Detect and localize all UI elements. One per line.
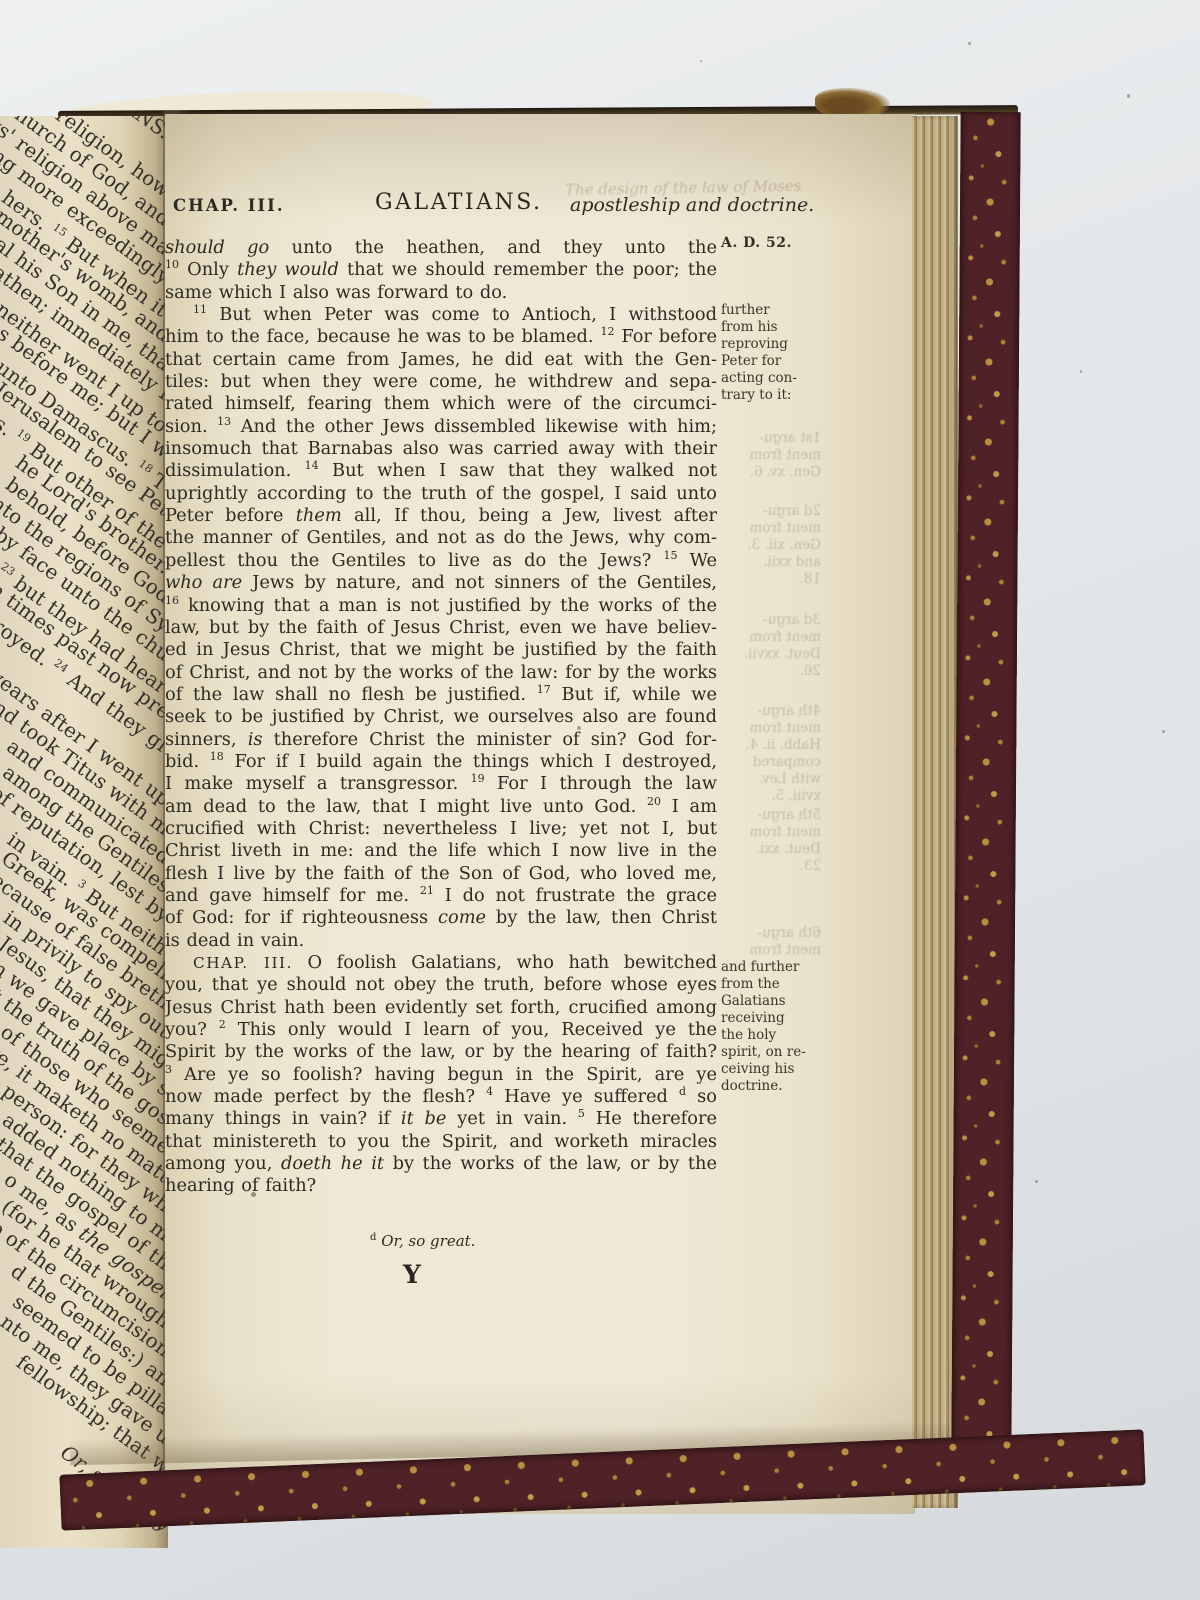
scripture-text-line: I make myself a transgressor. 19 For I t… bbox=[165, 773, 717, 795]
ghost-note-line: 26. bbox=[721, 663, 821, 680]
bleed-through-note: 6th argu-ment from bbox=[721, 925, 821, 959]
signature-mark: Y bbox=[403, 1260, 421, 1289]
scripture-text-line: Spirit by the works of the law, or by th… bbox=[165, 1041, 717, 1063]
dust-speck bbox=[1035, 1180, 1038, 1183]
bleed-through-note: 2d argu-ment fromGen. xii. 3.and xxii.18… bbox=[721, 503, 821, 588]
scripture-text-line: same which I also was forward to do. bbox=[165, 282, 717, 304]
scripture-text-line: among you, doeth he it by the works of t… bbox=[165, 1153, 717, 1175]
scripture-text-line: 3 Are ye so foolish? having begun in the… bbox=[165, 1064, 717, 1086]
margin-note: and furtherfrom theGalatiansreceivingthe… bbox=[721, 959, 821, 1095]
dust-speck bbox=[1080, 370, 1082, 373]
ghost-note-line: Deut. xxvii. bbox=[721, 646, 821, 663]
gilt-leather-board-edge bbox=[951, 112, 1020, 1457]
scripture-text-line: rated himself, fearing them which were o… bbox=[165, 393, 717, 415]
scripture-text-line: you? 2 This only would I learn of you, R… bbox=[165, 1019, 717, 1041]
scripture-text-line: who are Jews by nature, and not sinners … bbox=[165, 572, 717, 594]
ghost-note-line: Gen. xv. 6. bbox=[721, 464, 821, 481]
scripture-text-line: that certain came from James, he did eat… bbox=[165, 349, 717, 371]
margin-note-line: and further bbox=[721, 959, 821, 976]
date-note: A. D. 52. bbox=[721, 235, 821, 251]
scripture-text-line: of Christ, and not by the works of the l… bbox=[165, 662, 717, 684]
ghost-note-line: 18. bbox=[721, 571, 821, 588]
ghost-note-line: Deut. xxi. bbox=[721, 841, 821, 858]
margin-note-line: the holy bbox=[721, 1027, 821, 1044]
ghost-note-line: ment from bbox=[721, 720, 821, 737]
bleed-through-note: 1st argu-ment fromGen. xv. 6. bbox=[721, 430, 821, 481]
scripture-text-line: should go unto the heathen, and they unt… bbox=[165, 237, 717, 259]
margin-note-line: further bbox=[721, 302, 821, 319]
scripture-text-line: Christ liveth in me: and the life which … bbox=[165, 840, 717, 862]
scripture-text-line: now made perfect by the flesh? 4 Have ye… bbox=[165, 1086, 717, 1108]
fore-edge-page-stack bbox=[912, 116, 958, 1508]
ghost-note-line: Gen. xii. 3. bbox=[721, 537, 821, 554]
ghost-note-line: ment from bbox=[721, 520, 821, 537]
page-speck bbox=[251, 1192, 256, 1197]
scripture-text-line: am dead to the law, that I might live un… bbox=[165, 796, 717, 818]
ghost-note-line: ment from bbox=[721, 629, 821, 646]
scripture-text-column: should go unto the heathen, and they unt… bbox=[165, 237, 717, 1198]
scripture-text-line: seek to be justified by Christ, we ourse… bbox=[165, 706, 717, 728]
ghost-note-line: 23. bbox=[721, 858, 821, 875]
photo-of-open-antique-book: ALATIANS.the Jews' religion, howthe chur… bbox=[0, 0, 1200, 1600]
ghost-note-line: 5th argu- bbox=[721, 807, 821, 824]
ghost-note-line: 3d argu- bbox=[721, 612, 821, 629]
margin-note-line: Peter for bbox=[721, 353, 821, 370]
dust-speck bbox=[1127, 94, 1130, 98]
right-page: The design of the law of Moses CHAP. III… bbox=[165, 114, 915, 1514]
margin-note-line: receiving bbox=[721, 1010, 821, 1027]
running-head-summary: apostleship and doctrine. bbox=[570, 194, 814, 216]
scripture-text-line: many things in vain? if it be yet in vai… bbox=[165, 1108, 717, 1130]
ghost-note-line: compared bbox=[721, 754, 821, 771]
bleed-through-note: 3d argu-ment fromDeut. xxvii.26. bbox=[721, 612, 821, 680]
scripture-text-line: and gave himself for me. 21 I do not fru… bbox=[165, 885, 717, 907]
scripture-text-line: you, that ye should not obey the truth, … bbox=[165, 974, 717, 996]
margin-notes-column: A. D. 52. furtherfrom hisreprovingPeter … bbox=[721, 237, 821, 1317]
margin-note: furtherfrom hisreprovingPeter foracting … bbox=[721, 302, 821, 404]
scripture-text-line: pellest thou the Gentiles to live as do … bbox=[165, 550, 717, 572]
scripture-text-line: sinners, is therefore Christ the ministe… bbox=[165, 729, 717, 751]
ghost-note-line: ment from bbox=[721, 824, 821, 841]
margin-note-line: doctrine. bbox=[721, 1078, 821, 1095]
scripture-text-line: tiles: but when they were come, he withd… bbox=[165, 371, 717, 393]
scripture-text-line: 10 Only they would that we should rememb… bbox=[165, 259, 717, 281]
footnote: d Or, so great. bbox=[370, 1232, 475, 1250]
running-head-title: GALATIANS. bbox=[375, 190, 543, 215]
scripture-text-line: crucified with Christ: nevertheless I li… bbox=[165, 818, 717, 840]
margin-note-line: from the bbox=[721, 976, 821, 993]
ghost-note-line: 1st argu- bbox=[721, 430, 821, 447]
open-book: ALATIANS.the Jews' religion, howthe chur… bbox=[0, 110, 1018, 1510]
scripture-text-line: of the law shall no flesh be justified. … bbox=[165, 684, 717, 706]
ghost-note-line: and xxii. bbox=[721, 554, 821, 571]
margin-note-line: from his bbox=[721, 319, 821, 336]
left-page-text: ALATIANS.the Jews' religion, howthe chur… bbox=[0, 120, 168, 1541]
scripture-text-line: Peter before them all, If thou, being a … bbox=[165, 505, 717, 527]
bleed-through-note: 5th argu-ment fromDeut. xxi.23. bbox=[721, 807, 821, 875]
margin-note-line: acting con- bbox=[721, 370, 821, 387]
scripture-text-line: of God: for if righteousness come by the… bbox=[165, 907, 717, 929]
ghost-note-line: 6th argu- bbox=[721, 925, 821, 942]
dust-speck bbox=[1162, 730, 1165, 733]
scripture-text-line: dissimulation. 14 But when I saw that th… bbox=[165, 460, 717, 482]
scripture-text-line: sion. 13 And the other Jews dissembled l… bbox=[165, 416, 717, 438]
scripture-text-line: ed in Jesus Christ, that we might be jus… bbox=[165, 639, 717, 661]
scripture-text-line: law, but by the faith of Jesus Christ, e… bbox=[165, 617, 717, 639]
scripture-text-line: bid. 18 For if I build again the things … bbox=[165, 751, 717, 773]
dust-speck bbox=[700, 60, 702, 62]
ghost-note-line: xviii. 5. bbox=[721, 788, 821, 805]
scripture-text-line: Jesus Christ hath been evidently set for… bbox=[165, 997, 717, 1019]
scripture-text-line: the manner of Gentiles, and not as do th… bbox=[165, 527, 717, 549]
scripture-text-line: insomuch that Barnabas also was carried … bbox=[165, 438, 717, 460]
ghost-note-line: ment from bbox=[721, 942, 821, 959]
scripture-text-line: CHAP. III. O foolish Galatians, who hath… bbox=[165, 952, 717, 974]
margin-note-line: trary to it: bbox=[721, 387, 821, 404]
ghost-note-line: 4th argu- bbox=[721, 703, 821, 720]
margin-note-line: reproving bbox=[721, 336, 821, 353]
ghost-note-line: Habb. ii. 4. bbox=[721, 737, 821, 754]
chapter-heading: CHAP. III. bbox=[173, 196, 285, 215]
bleed-through-note: 4th argu-ment fromHabb. ii. 4.comparedwi… bbox=[721, 703, 821, 805]
scripture-text-line: flesh I live by the faith of the Son of … bbox=[165, 863, 717, 885]
scripture-text-line: hearing of faith? bbox=[165, 1175, 717, 1197]
margin-note-line: spirit, on re- bbox=[721, 1044, 821, 1061]
margin-note-line: ceiving his bbox=[721, 1061, 821, 1078]
scripture-text-line: him to the face, because he was to be bl… bbox=[165, 326, 717, 348]
page-speck bbox=[577, 726, 581, 730]
ghost-note-line: with Lev. bbox=[721, 771, 821, 788]
ghost-note-line: 2d argu- bbox=[721, 503, 821, 520]
scripture-text-line: uprightly according to the truth of the … bbox=[165, 483, 717, 505]
scripture-text-line: 11 But when Peter was come to Antioch, I… bbox=[165, 304, 717, 326]
ghost-note-line: ment from bbox=[721, 447, 821, 464]
left-page: ALATIANS.the Jews' religion, howthe chur… bbox=[0, 116, 168, 1548]
margin-note-line: Galatians bbox=[721, 993, 821, 1010]
scripture-text-line: 16 knowing that a man is not justified b… bbox=[165, 595, 717, 617]
scripture-text-line: that ministereth to you the Spirit, and … bbox=[165, 1131, 717, 1153]
scripture-text-line: is dead in vain. bbox=[165, 930, 717, 952]
dust-speck bbox=[968, 42, 971, 45]
